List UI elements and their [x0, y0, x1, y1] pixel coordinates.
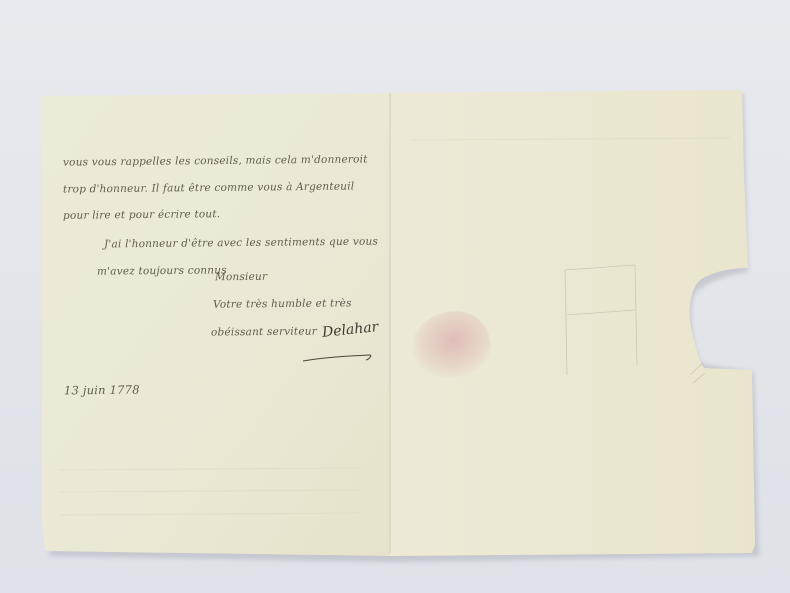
closing-line-1: Votre très humble et très: [213, 297, 352, 310]
letter-date: 13 juin 1778: [64, 383, 140, 398]
signature-flourish: [300, 352, 375, 366]
center-fold: [389, 93, 391, 553]
letter-line-3: pour lire et pour écrire tout.: [63, 208, 220, 222]
closing-salutation: Monsieur: [215, 271, 267, 284]
closing-line-2: obéissant serviteur: [211, 325, 317, 338]
pencil-sketch-marks: [555, 255, 705, 400]
letter-line-5: m'avez toujours connus: [97, 264, 227, 277]
